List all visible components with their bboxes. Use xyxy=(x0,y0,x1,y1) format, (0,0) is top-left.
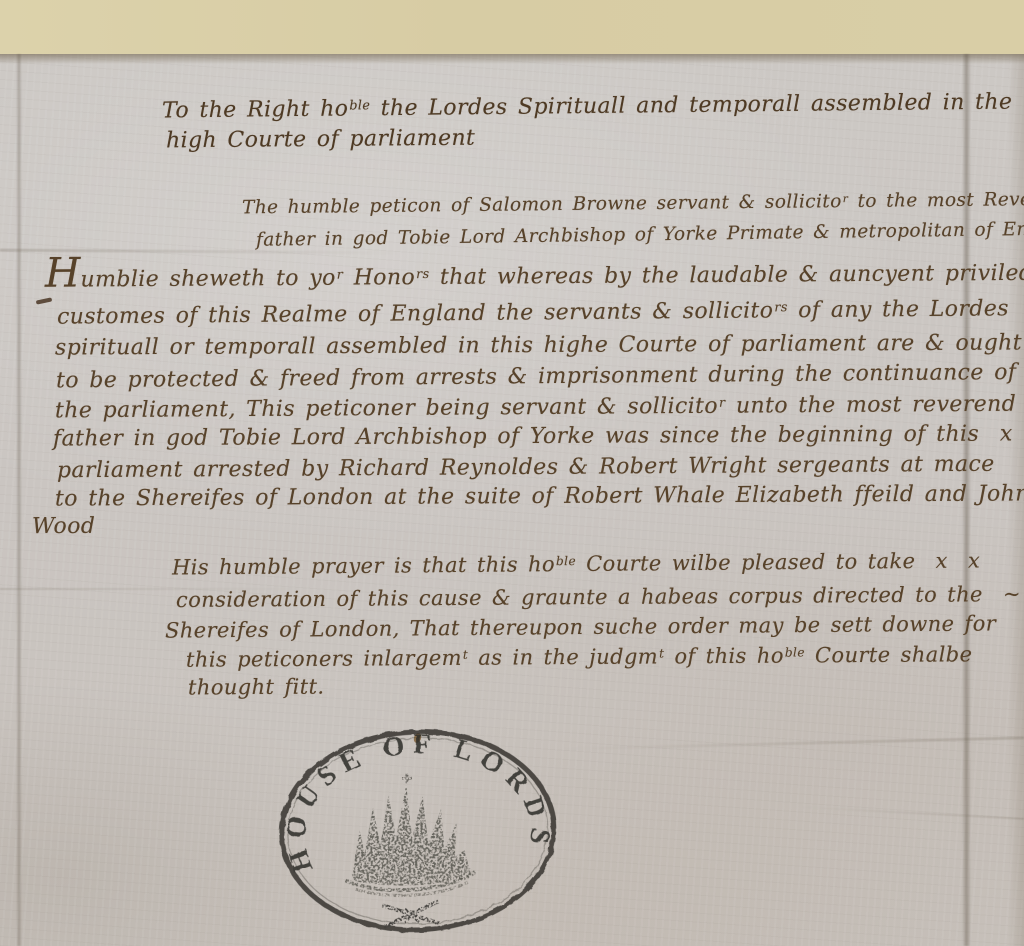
prayer-line: thought fitt. xyxy=(188,675,325,700)
body-line: Wood xyxy=(32,514,95,539)
heading-line: high Courte of parliament xyxy=(166,126,475,154)
body-line: spirituall or temporall assembled in thi… xyxy=(55,330,1022,360)
manuscript-photo: To the Right hoble the Lordes Spirituall… xyxy=(0,0,1024,946)
crown-icon xyxy=(342,771,476,897)
backing-mat xyxy=(0,0,1024,54)
paper-top-edge xyxy=(0,54,1024,64)
body-line: father in god Tobie Lord Archbishop of Y… xyxy=(53,421,1013,451)
house-of-lords-stamp: HOUSE OF LORDS xyxy=(264,721,571,946)
body-line: to the Shereifes of London at the suite … xyxy=(55,481,1024,511)
